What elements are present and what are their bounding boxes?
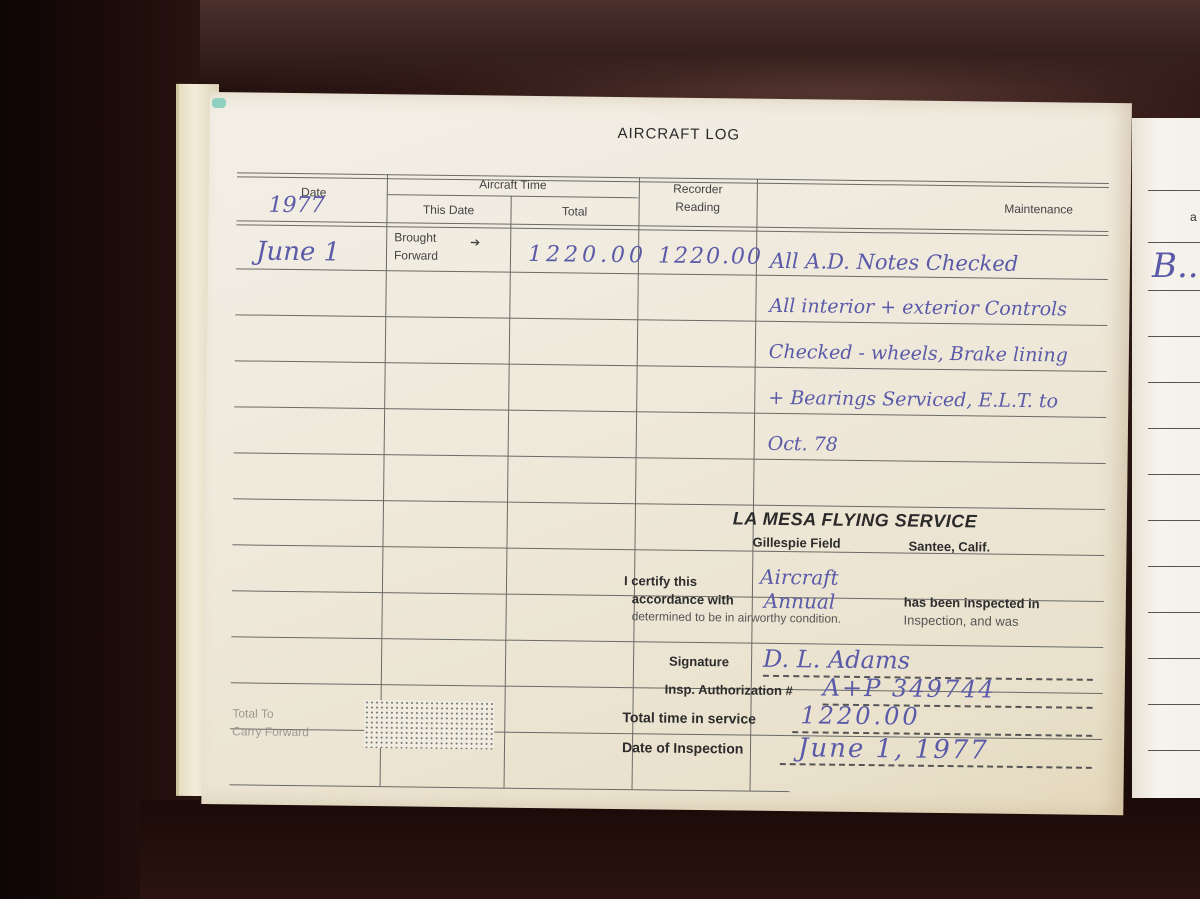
adjacent-handwriting: B... <box>1152 246 1200 286</box>
date-of-inspection-value: June 1, 1977 <box>798 733 989 765</box>
col-divider-total <box>632 177 640 789</box>
ruled-line <box>1148 566 1200 567</box>
maintenance-line-3: Checked - wheels, Brake lining <box>769 341 1068 367</box>
total-carry-forward-line2: Carry Forward <box>232 724 309 739</box>
adjacent-header-letter: a <box>1190 210 1197 224</box>
recorder-header-line2: Reading <box>639 199 757 214</box>
stamp-location-city: Santee, Calif. <box>908 539 990 555</box>
col-divider-date <box>380 174 388 786</box>
aircraft-time-divider <box>387 194 639 198</box>
cert-line-2-end: Inspection, and was <box>904 613 1019 629</box>
date-of-inspection-label: Date of Inspection <box>622 739 744 756</box>
row-rule <box>234 452 1106 464</box>
arrow-right-icon: ➔ <box>470 235 480 249</box>
stamp-company-name: LA MESA FLYING SERVICE <box>733 508 978 532</box>
maintenance-line-1: All A.D. Notes Checked <box>770 249 1019 276</box>
ruled-line <box>1148 750 1200 751</box>
handwritten-aircraft: Aircraft <box>760 565 839 590</box>
col-divider-this-date <box>504 196 512 788</box>
cert-line-2: accordance with <box>632 591 734 607</box>
maintenance-line-4: + Bearings Serviced, E.L.T. to <box>768 387 1058 413</box>
total-header: Total <box>510 204 638 220</box>
row-rule <box>231 636 1103 648</box>
stamp-location-field: Gillespie Field <box>752 535 840 551</box>
handwritten-year: 1977 <box>268 193 324 219</box>
total-time-label: Total time in service <box>622 709 756 727</box>
this-date-header: This Date <box>386 202 510 218</box>
ruled-line <box>1148 612 1200 613</box>
cert-line-1: I certify this <box>624 573 697 589</box>
shaded-cell <box>364 700 495 750</box>
authorization-label: Insp. Authorization # <box>665 682 793 699</box>
leather-background-left <box>0 0 200 899</box>
page-title: AIRCRAFT LOG <box>617 125 740 143</box>
maintenance-line-2: All interior + exterior Controls <box>769 295 1067 321</box>
maintenance-header: Maintenance <box>989 202 1089 217</box>
signature-label: Signature <box>669 654 729 670</box>
cert-line-1-end: has been inspected in <box>904 595 1040 612</box>
aircraft-time-header: Aircraft Time <box>387 176 639 193</box>
col-divider-recorder <box>750 179 758 791</box>
total-carry-forward-line1: Total To <box>232 706 273 721</box>
ruled-line <box>1148 290 1200 291</box>
ruled-line <box>1148 658 1200 659</box>
signature-value: D. L. Adams <box>763 645 910 675</box>
ruled-line <box>1148 242 1200 243</box>
ruled-line <box>1148 704 1200 705</box>
entry-recorder-reading: 1220.00 <box>658 243 763 269</box>
cert-line-3: determined to be in airworthy condition. <box>632 609 842 626</box>
adjacent-page: a B... <box>1132 118 1200 798</box>
teal-mark <box>212 98 226 108</box>
ruled-line <box>1148 520 1200 521</box>
ruled-line <box>1148 474 1200 475</box>
brought-forward-label-line2: Forward <box>394 248 438 263</box>
leather-background-top <box>200 0 1200 90</box>
ruled-line <box>1148 336 1200 337</box>
footer-rule <box>230 784 790 792</box>
ruled-line <box>1148 190 1200 191</box>
total-time-value: 1220.00 <box>800 701 921 730</box>
leather-background-bottom <box>140 800 1200 899</box>
ruled-line <box>1148 428 1200 429</box>
header-bottom-rule <box>236 220 1108 236</box>
entry-total: 1220.00 <box>528 242 647 268</box>
recorder-header-line1: Recorder <box>639 181 757 196</box>
brought-forward-label-line1: Brought <box>394 230 436 245</box>
maintenance-line-5: Oct. 78 <box>768 433 838 456</box>
entry-date: June 1 <box>256 237 340 268</box>
authorization-value: A+P 349744 <box>823 674 996 704</box>
log-page: AIRCRAFT LOG Date 1977 Aircraft Time Thi… <box>201 92 1132 815</box>
row-rule <box>233 498 1105 510</box>
ruled-line <box>1148 382 1200 383</box>
